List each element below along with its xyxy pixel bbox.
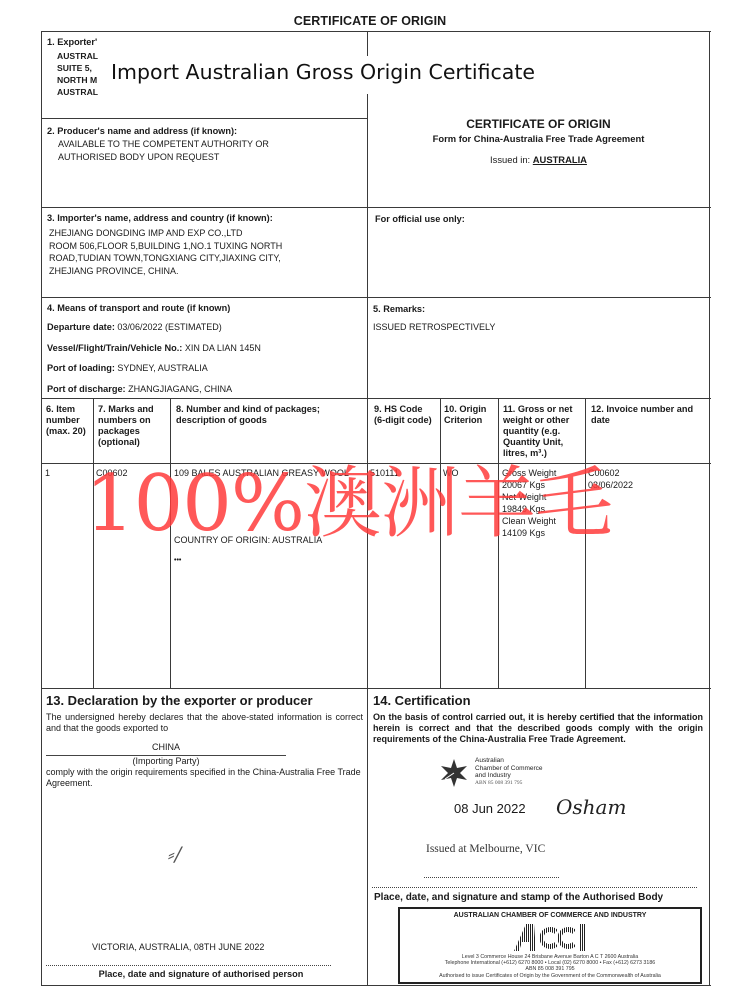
box2-label: 2. Producer's name and address (if known…	[47, 126, 269, 137]
exporter-line: AUSTRAL	[57, 50, 98, 62]
document-title: CERTIFICATE OF ORIGIN	[0, 14, 740, 28]
official-use-label: For official use only:	[375, 214, 465, 225]
box13-title: 13. Declaration by the exporter or produ…	[46, 693, 363, 708]
box14-text: On the basis of control carried out, it …	[373, 712, 703, 745]
cell-continuation: •••	[174, 555, 181, 568]
header-origin-criterion: 10. Origin Criterion	[444, 404, 496, 426]
acci-stamp-box: AUSTRALIAN CHAMBER OF COMMERCE AND INDUS…	[398, 907, 702, 984]
issued-at: Issued at Melbourne, VIC	[426, 843, 545, 855]
header-invoice: 12. Invoice number and date	[591, 404, 703, 426]
header-hs-code: 9. HS Code (6-digit code)	[374, 404, 436, 426]
box14-title: 14. Certification	[373, 693, 703, 708]
departure-label: Departure date:	[47, 322, 115, 332]
box14-certification: 14. Certification On the basis of contro…	[373, 693, 703, 745]
header-description: 8. Number and kind of packages; descript…	[176, 404, 356, 426]
star-icon	[439, 758, 469, 788]
producer-line: AUTHORISED BODY UPON REQUEST	[58, 151, 269, 164]
acci-logo-icon	[510, 922, 590, 952]
departure-value: 03/06/2022 (ESTIMATED)	[117, 322, 221, 332]
certificate-title: CERTIFICATE OF ORIGIN	[367, 117, 710, 131]
importing-country: CHINA	[46, 741, 286, 754]
exporter-signature: ⸗/	[168, 842, 181, 867]
certification-date: 08 Jun 2022	[454, 801, 526, 816]
stamp-abn: ABN 85 008 391 795	[475, 780, 543, 788]
certificate-subtitle: Form for China-Australia Free Trade Agre…	[367, 133, 710, 144]
acci-heading: AUSTRALIAN CHAMBER OF COMMERCE AND INDUS…	[400, 912, 700, 919]
issued-in-value: AUSTRALIA	[533, 154, 587, 165]
discharge-label: Port of discharge:	[47, 384, 126, 394]
stamp-line: Australian	[475, 757, 543, 765]
exporter-line: SUITE 5,	[57, 62, 98, 74]
loading-label: Port of loading:	[47, 363, 115, 373]
watermark-text: 100%澳洲羊毛	[85, 465, 612, 543]
acci-abn: ABN 85 008 391 795	[400, 966, 700, 973]
box14-footer: Place, date, and signature and stamp of …	[374, 892, 663, 903]
box4-transport: 4. Means of transport and route (if know…	[47, 303, 261, 395]
caption-text: Import Australian Gross Origin Certifica…	[111, 60, 535, 84]
box4-label: 4. Means of transport and route (if know…	[47, 303, 261, 314]
acci-authorised: Authorised to issue Certificates of Orig…	[400, 973, 700, 980]
box13-text2: comply with the origin requirements spec…	[46, 767, 363, 789]
importer-line: ROAD,TUDIAN TOWN,TONGXIANG CITY,JIAXING …	[49, 252, 282, 265]
exporter-line: AUSTRAL	[57, 86, 98, 98]
remarks-value: ISSUED RETROSPECTIVELY	[373, 321, 495, 334]
stamp-line: Chamber of Commerce	[475, 765, 543, 773]
header-weight: 11. Gross or net weight or other quantit…	[503, 404, 583, 459]
box3-label: 3. Importer's name, address and country …	[47, 213, 282, 224]
box13-text1: The undersigned hereby declares that the…	[46, 712, 363, 734]
importer-line: ROOM 506,FLOOR 5,BUILDING 1,NO.1 TUXING …	[49, 240, 282, 253]
importer-line: ZHEJIANG PROVINCE, CHINA.	[49, 265, 282, 278]
discharge-value: ZHANGJIAGANG, CHINA	[128, 384, 232, 394]
box13-place-date: VICTORIA, AUSTRALIA, 08TH JUNE 2022	[92, 941, 264, 954]
header-marks: 7. Marks and numbers on packages (option…	[98, 404, 166, 448]
box5-label: 5. Remarks:	[373, 304, 495, 315]
box3-importer: 3. Importer's name, address and country …	[47, 213, 282, 277]
importer-line: ZHEJIANG DONGDING IMP AND EXP CO.,LTD	[49, 227, 282, 240]
box13-declaration: 13. Declaration by the exporter or produ…	[46, 693, 363, 789]
issued-in-label: Issued in:	[490, 154, 530, 165]
stamp-line: and Industry	[475, 772, 543, 780]
header-item-number: 6. Item number (max. 20)	[46, 404, 90, 437]
box1-exporter: 1. Exporter' AUSTRAL SUITE 5, NORTH M AU…	[47, 37, 98, 98]
box1-label: 1. Exporter'	[47, 37, 98, 48]
certifier-signature: Osham	[556, 795, 626, 819]
producer-line: AVAILABLE TO THE COMPETENT AUTHORITY OR	[58, 138, 269, 151]
certificate-header: CERTIFICATE OF ORIGIN Form for China-Aus…	[367, 117, 710, 165]
vessel-label: Vessel/Flight/Train/Vehicle No.:	[47, 343, 182, 353]
cell-item: 1	[45, 467, 50, 480]
box2-producer: 2. Producer's name and address (if known…	[47, 126, 269, 163]
vessel-value: XIN DA LIAN 145N	[185, 343, 261, 353]
box13-footer: Place, date and signature of authorised …	[46, 969, 356, 980]
issued-in: Issued in: AUSTRALIA	[367, 154, 710, 165]
importing-party-label: (Importing Party)	[46, 756, 286, 767]
exporter-line: NORTH M	[57, 74, 98, 86]
box5-remarks: 5. Remarks: ISSUED RETROSPECTIVELY	[373, 304, 495, 334]
loading-value: SYDNEY, AUSTRALIA	[117, 363, 207, 373]
